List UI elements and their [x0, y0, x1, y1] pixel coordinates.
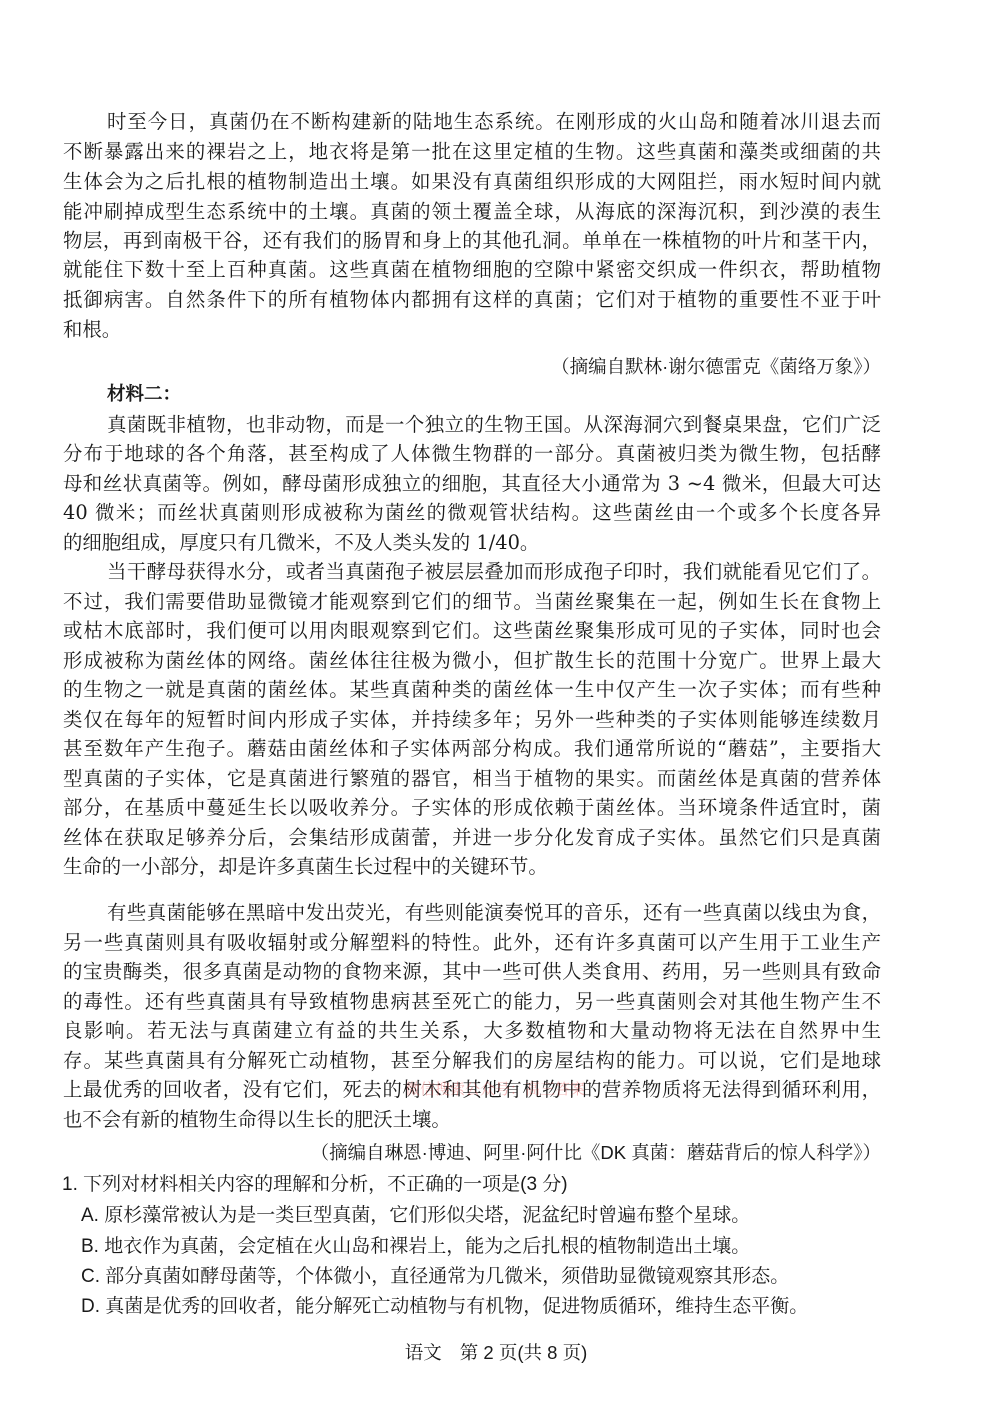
- text-line: 有些真菌能够在黑暗中发出荧光，有些则能演奏悦耳的音乐，还有一些真菌以线虫为食，: [107, 900, 881, 926]
- text-line: 和根。: [63, 317, 881, 343]
- text-line: 物层，再到南极干谷，还有我们的肠胃和身上的其他孔洞。单单在一株植物的叶片和茎干内…: [63, 228, 881, 254]
- text-line: 上最优秀的回收者，没有它们，死去的树木和其他有机物中的营养物质将无法得到循环利用…: [63, 1077, 881, 1103]
- text-line: 母和丝状真菌等。例如，酵母菌形成独立的细胞，其直径大小通常为 3 ~4 微米，但…: [63, 471, 881, 497]
- text-line: 也不会有新的植物生命得以生长的肥沃土壤。: [63, 1107, 881, 1133]
- option-a: A. 原杉藻常被认为是一类巨型真菌，它们形似尖塔，泥盆纪时曾遍布整个星球。: [81, 1203, 750, 1229]
- text-line: 当干酵母获得水分，或者当真菌孢子被层层叠加而形成孢子印时，我们就能看见它们了。: [107, 559, 881, 585]
- option-b: B. 地衣作为真菌，会定植在火山岛和裸岩上，能为之后扎根的植物制造出土壤。: [81, 1234, 750, 1260]
- option-c: C. 部分真菌如酵母菌等，个体微小，直径通常为几微米，须借助显微镜观察其形态。: [81, 1264, 789, 1290]
- text-line: 能冲刷掉成型生态系统中的土壤。真菌的领土覆盖全球，从海底的深海沉积，到沙漠的表生: [63, 199, 881, 225]
- text-line: 丝体在获取足够养分后，会集结形成菌蕾，并进一步分化发育成子实体。虽然它们只是真菌: [63, 825, 881, 851]
- text-line: 型真菌的子实体，它是真菌进行繁殖的器官，相当于植物的果实。而菌丝体是真菌的营养体: [63, 766, 881, 792]
- text-line: 形成被称为菌丝体的网络。菌丝体往往极为微小，但扩散生长的范围十分宽广。世界上最大: [63, 648, 881, 674]
- text-line: 部分，在基质中蔓延生长以吸收养分。子实体的形成依赖于菌丝体。当环境条件适宜时，菌: [63, 795, 881, 821]
- text-line: 40 微米；而丝状真菌则形成被称为菌丝的微观管状结构。这些菌丝由一个或多个长度各…: [63, 500, 881, 526]
- text-line: 就能住下数十至上百种真菌。这些真菌在植物细胞的空隙中紧密交织成一件织衣，帮助植物: [63, 257, 881, 283]
- text-line: 抵御病害。自然条件下的所有植物体内都拥有这样的真菌；它们对于植物的重要性不亚于叶: [63, 287, 881, 313]
- text-line: 或枯木底部时，我们便可以用肉眼观察到它们。这些菌丝聚集形成可见的子实体，同时也会: [63, 618, 881, 644]
- question-stem: 1. 下列对材料相关内容的理解和分析，不正确的一项是(3 分): [62, 1172, 568, 1198]
- material2-source: （摘编自琳恩·博迪、阿里·阿什比《DK 真菌：蘑菇背后的惊人科学》）: [311, 1140, 881, 1166]
- exam-page: 时至今日，真菌仍在不断构建新的陆地生态系统。在刚形成的火山岛和随着冰川退去而 不…: [0, 0, 992, 1403]
- material1-source: （摘编自默林·谢尔德雷克《菌络万象》）: [551, 354, 881, 380]
- page-footer: 语文第 2 页(共 8 页): [0, 1340, 992, 1366]
- text-line: 的宝贵酶类，很多真菌是动物的食物来源，其中一些可供人类食用、药用，另一些则具有致…: [63, 959, 881, 985]
- footer-page-number: 第 2 页(共 8 页): [460, 1342, 587, 1363]
- text-line: 生命的一小部分，却是许多真菌生长过程中的关键环节。: [63, 854, 881, 880]
- text-line: 类仅在每年的短暂时间内形成子实体，并持续多年；另外一些种类的子实体则能够连续数月: [63, 707, 881, 733]
- text-line: 良影响。若无法与真菌建立有益的共生关系，大多数植物和大量动物将无法在自然界中生: [63, 1018, 881, 1044]
- text-line: 的毒性。还有些真菌具有导致植物患病甚至死亡的能力，另一些真菌则会对其他生物产生不: [63, 989, 881, 1015]
- text-line: 的生物之一就是真菌的菌丝体。某些真菌种类的菌丝体一生中仅产生一次子实体；而有些种: [63, 677, 881, 703]
- text-line: 不过，我们需要借助显微镜才能观察到它们的细节。当菌丝聚集在一起，例如生长在食物上: [63, 589, 881, 615]
- text-line: 生体会为之后扎根的植物制造出土壤。如果没有真菌组织形成的大网阻拦，雨水短时间内就: [63, 169, 881, 195]
- text-line: 不断暴露出来的裸岩之上，地衣将是第一批在这里定植的生物。这些真菌和藻类或细菌的共: [63, 139, 881, 165]
- footer-subject: 语文: [405, 1342, 442, 1363]
- text-line: 的细胞组成，厚度只有几微米，不及人类头发的 1/40。: [63, 530, 881, 556]
- option-d: D. 真菌是优秀的回收者，能分解死亡动植物与有机物，促进物质循环，维持生态平衡。: [81, 1294, 808, 1320]
- text-line: 时至今日，真菌仍在不断构建新的陆地生态系统。在刚形成的火山岛和随着冰川退去而: [107, 109, 881, 135]
- text-line: 分布于地球的各个角落，甚至构成了人体微生物群的一部分。真菌被归类为微生物，包括酵: [63, 441, 881, 467]
- text-line: 存。某些真菌具有分解死亡动植物，甚至分解我们的房屋结构的能力。可以说，它们是地球: [63, 1048, 881, 1074]
- text-line: 另一些真菌则具有吸收辐射或分解塑料的特性。此外，还有许多真菌可以产生用于工业生产: [63, 930, 881, 956]
- text-line: 真菌既非植物，也非动物，而是一个独立的生物王国。从深海洞穴到餐桌果盘，它们广泛: [107, 412, 881, 438]
- material2-heading: 材料二：: [107, 382, 181, 408]
- text-line: 甚至数年产生孢子。蘑菇由菌丝体和子实体两部分构成。我们通常所说的“蘑菇”，主要指…: [63, 736, 881, 762]
